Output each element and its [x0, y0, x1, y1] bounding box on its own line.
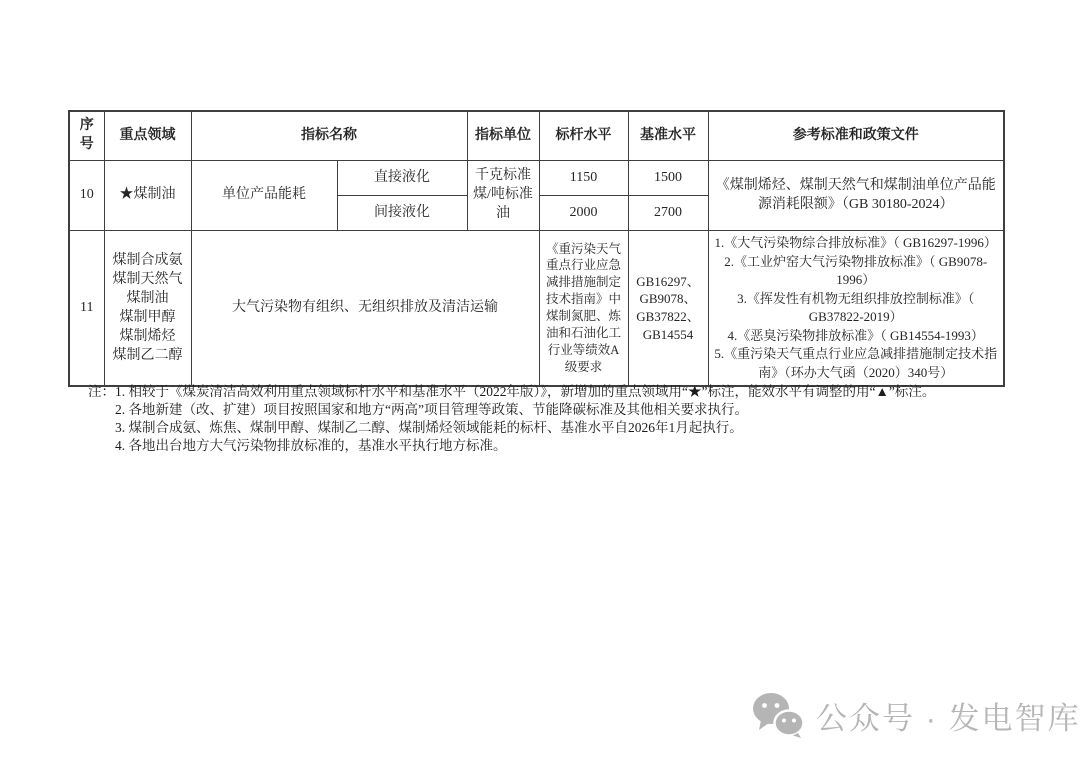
row11-reference-item: 3.《挥发性有机物无组织排放控制标准》（ GB37822-2019）	[713, 290, 1000, 327]
row11-area-line: 煤制油	[109, 289, 187, 308]
footnote-item: 1. 相较于《煤炭清洁高效利用重点领域标杆水平和基准水平（2022年版）》，新增…	[115, 383, 935, 401]
cell-row11-reference: 1.《大气污染物综合排放标准》（ GB16297-1996） 2.《工业炉窑大气…	[708, 231, 1004, 387]
cell-row10-sub2-benchmark: 2000	[539, 196, 628, 231]
cell-row11-no: 11	[69, 231, 104, 387]
row11-reference-item: 5.《重污染天气重点行业应急减排措施制定技术指南》（环办大气函（2020）340…	[713, 345, 1000, 382]
row11-area-line: 煤制合成氨	[109, 251, 187, 270]
footnotes-label: 注：	[88, 383, 115, 455]
cell-row11-indicator: 大气污染物有组织、无组织排放及清洁运输	[191, 231, 539, 387]
footnote-item: 2. 各地新建（改、扩建）项目按照国家和地方“两高”项目管理等政策、节能降碳标准…	[115, 401, 935, 419]
header-unit: 指标单位	[467, 111, 539, 161]
footnote-item: 4. 各地出台地方大气污染物排放标准的，基准水平执行地方标准。	[115, 437, 935, 455]
table-header-row: 序 号 重点领域 指标名称 指标单位 标杆水平 基准水平 参考标准和政策文件	[69, 111, 1004, 161]
cell-row10-sub1-benchmark: 1150	[539, 161, 628, 196]
header-area: 重点领域	[104, 111, 191, 161]
document-page: 序 号 重点领域 指标名称 指标单位 标杆水平 基准水平 参考标准和政策文件 1…	[0, 0, 1080, 764]
table-row-10-direct: 10 ★煤制油 单位产品能耗 直接液化 千克标准煤/吨标准油 1150 1500…	[69, 161, 1004, 196]
header-baseline: 基准水平	[628, 111, 708, 161]
header-no: 序 号	[69, 111, 104, 161]
row11-reference-item: 2.《工业炉窑大气污染物排放标准》（ GB9078-1996）	[713, 253, 1000, 290]
cell-row10-sub1-baseline: 1500	[628, 161, 708, 196]
wechat-icon	[752, 692, 804, 738]
cell-row10-sub1-label: 直接液化	[337, 161, 467, 196]
table-row-11: 11 煤制合成氨 煤制天然气 煤制油 煤制甲醇 煤制烯烃 煤制乙二醇 大气污染物…	[69, 231, 1004, 387]
header-reference: 参考标准和政策文件	[708, 111, 1004, 161]
header-indicator: 指标名称	[191, 111, 467, 161]
footnotes-list: 1. 相较于《煤炭清洁高效利用重点领域标杆水平和基准水平（2022年版）》，新增…	[115, 383, 935, 455]
row11-reference-item: 4.《恶臭污染物排放标准》（ GB14554-1993）	[713, 327, 1000, 346]
standards-table: 序 号 重点领域 指标名称 指标单位 标杆水平 基准水平 参考标准和政策文件 1…	[68, 110, 1005, 387]
cell-row11-baseline: GB16297、GB9078、GB37822、GB14554	[628, 231, 708, 387]
cell-row10-reference: 《煤制烯烃、煤制天然气和煤制油单位产品能源消耗限额》（GB 30180-2024…	[708, 161, 1004, 231]
watermark-text: 公众号 · 发电智库	[816, 693, 1080, 738]
cell-row11-benchmark: 《重污染天气重点行业应急减排措施制定技术指南》中煤制氮肥、炼油和石油化工行业等绩…	[539, 231, 628, 387]
cell-row10-area: ★煤制油	[104, 161, 191, 231]
footnote-item: 3. 煤制合成氨、炼焦、煤制甲醇、煤制乙二醇、煤制烯烃领域能耗的标杆、基准水平自…	[115, 419, 935, 437]
cell-row10-sub2-baseline: 2700	[628, 196, 708, 231]
row11-reference-item: 1.《大气污染物综合排放标准》（ GB16297-1996）	[713, 234, 1000, 253]
footnotes: 注： 1. 相较于《煤炭清洁高效利用重点领域标杆水平和基准水平（2022年版）》…	[88, 383, 988, 455]
header-no-line1: 序 号	[74, 117, 100, 155]
cell-row10-indicator: 单位产品能耗	[191, 161, 337, 231]
cell-row10-sub2-label: 间接液化	[337, 196, 467, 231]
row11-area-line: 煤制天然气	[109, 270, 187, 289]
cell-row10-unit: 千克标准煤/吨标准油	[467, 161, 539, 231]
header-benchmark: 标杆水平	[539, 111, 628, 161]
row11-area-line: 煤制烯烃	[109, 327, 187, 346]
wechat-watermark: 公众号 · 发电智库	[752, 692, 1080, 738]
row11-area-line: 煤制乙二醇	[109, 346, 187, 365]
cell-row10-no: 10	[69, 161, 104, 231]
cell-row11-area: 煤制合成氨 煤制天然气 煤制油 煤制甲醇 煤制烯烃 煤制乙二醇	[104, 231, 191, 387]
row11-area-line: 煤制甲醇	[109, 308, 187, 327]
